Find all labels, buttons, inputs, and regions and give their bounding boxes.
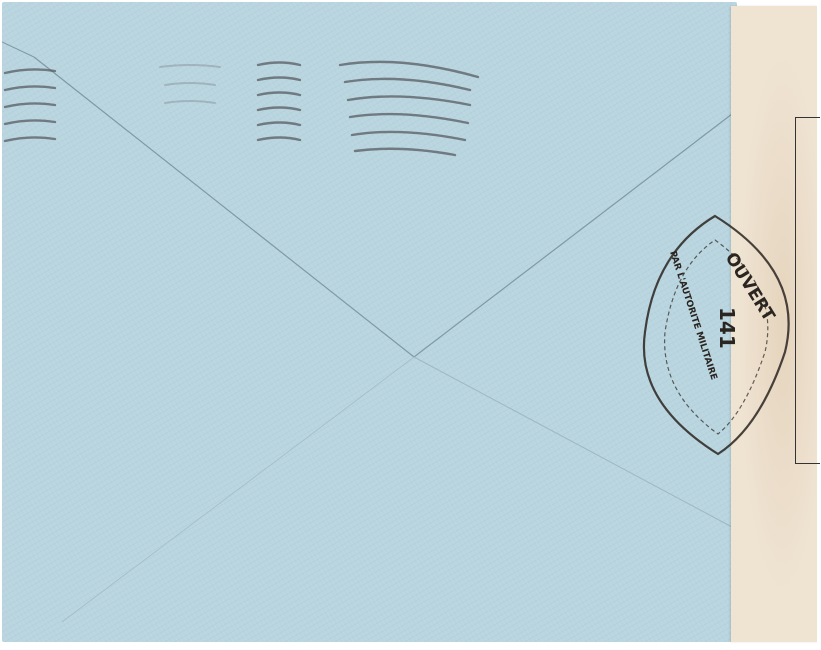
tape-printed-frame — [795, 117, 820, 464]
postmark-cancellation — [0, 55, 500, 165]
censor-seal-stamp: OUVERT PAR L'AUTORITE MILITAIRE 141 — [640, 212, 790, 457]
seal-bottom-text: PAR L'AUTORITE MILITAIRE — [667, 250, 718, 381]
seal-center-code: 141 — [715, 307, 739, 349]
